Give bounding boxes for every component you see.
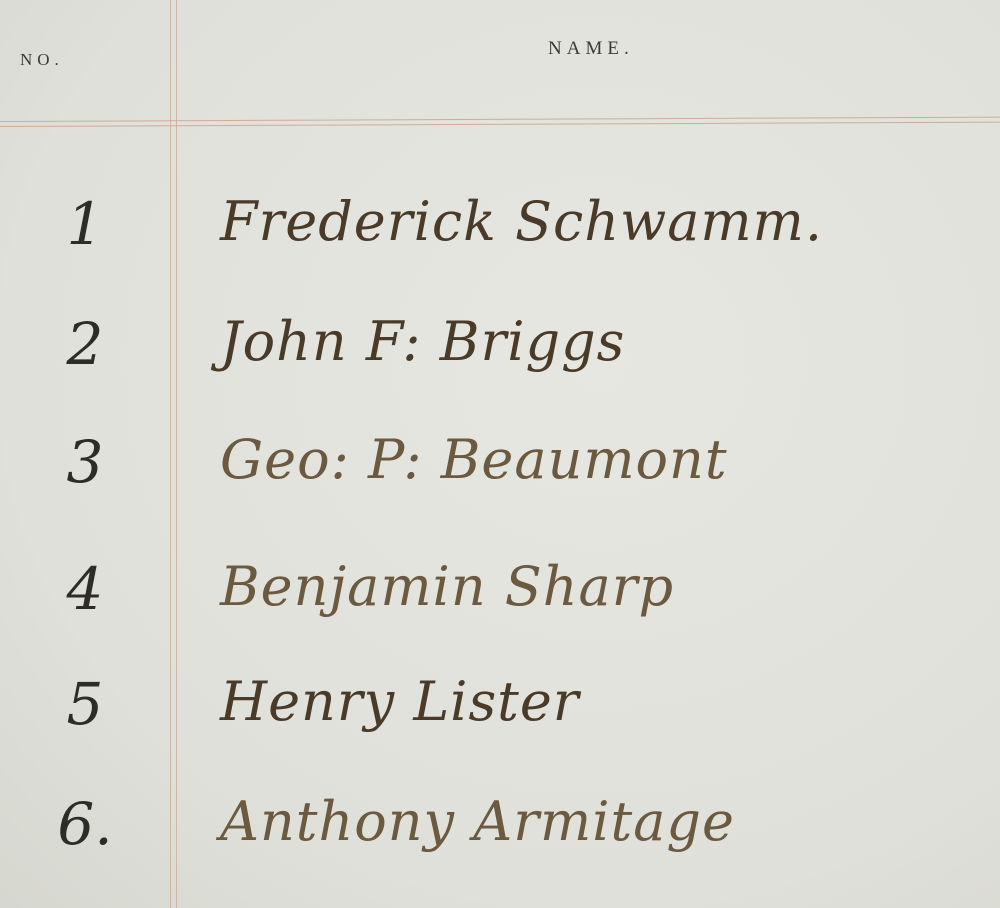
entry-number: 5 [30,670,140,738]
register-row: 2 John F: Briggs [0,310,1000,430]
name-column-header: NAME. [548,38,634,60]
entry-name: Henry Lister [220,670,580,733]
entry-number: 6. [30,790,140,858]
number-column-header: NO. [20,50,64,70]
register-row: 6. Anthony Armitage [0,790,1000,908]
entry-number: 1 [30,190,140,258]
ledger-page: NO. NAME. 1 Frederick Schwamm. 2 John F:… [0,0,1000,908]
header-rule [0,117,1000,122]
register-row: 5 Henry Lister [0,670,1000,790]
entry-name: Anthony Armitage [220,790,735,853]
header-rule [0,122,1000,127]
entry-number: 3 [30,428,140,496]
entry-name: John F: Briggs [220,310,625,373]
register-row: 3 Geo: P: Beaumont [0,428,1000,548]
register-row: 1 Frederick Schwamm. [0,190,1000,310]
register-row: 4 Benjamin Sharp [0,555,1000,675]
entry-name: Frederick Schwamm. [220,190,823,253]
entry-name: Geo: P: Beaumont [220,428,728,491]
entry-name: Benjamin Sharp [220,555,674,618]
entry-number: 4 [30,555,140,623]
entry-number: 2 [30,310,140,378]
